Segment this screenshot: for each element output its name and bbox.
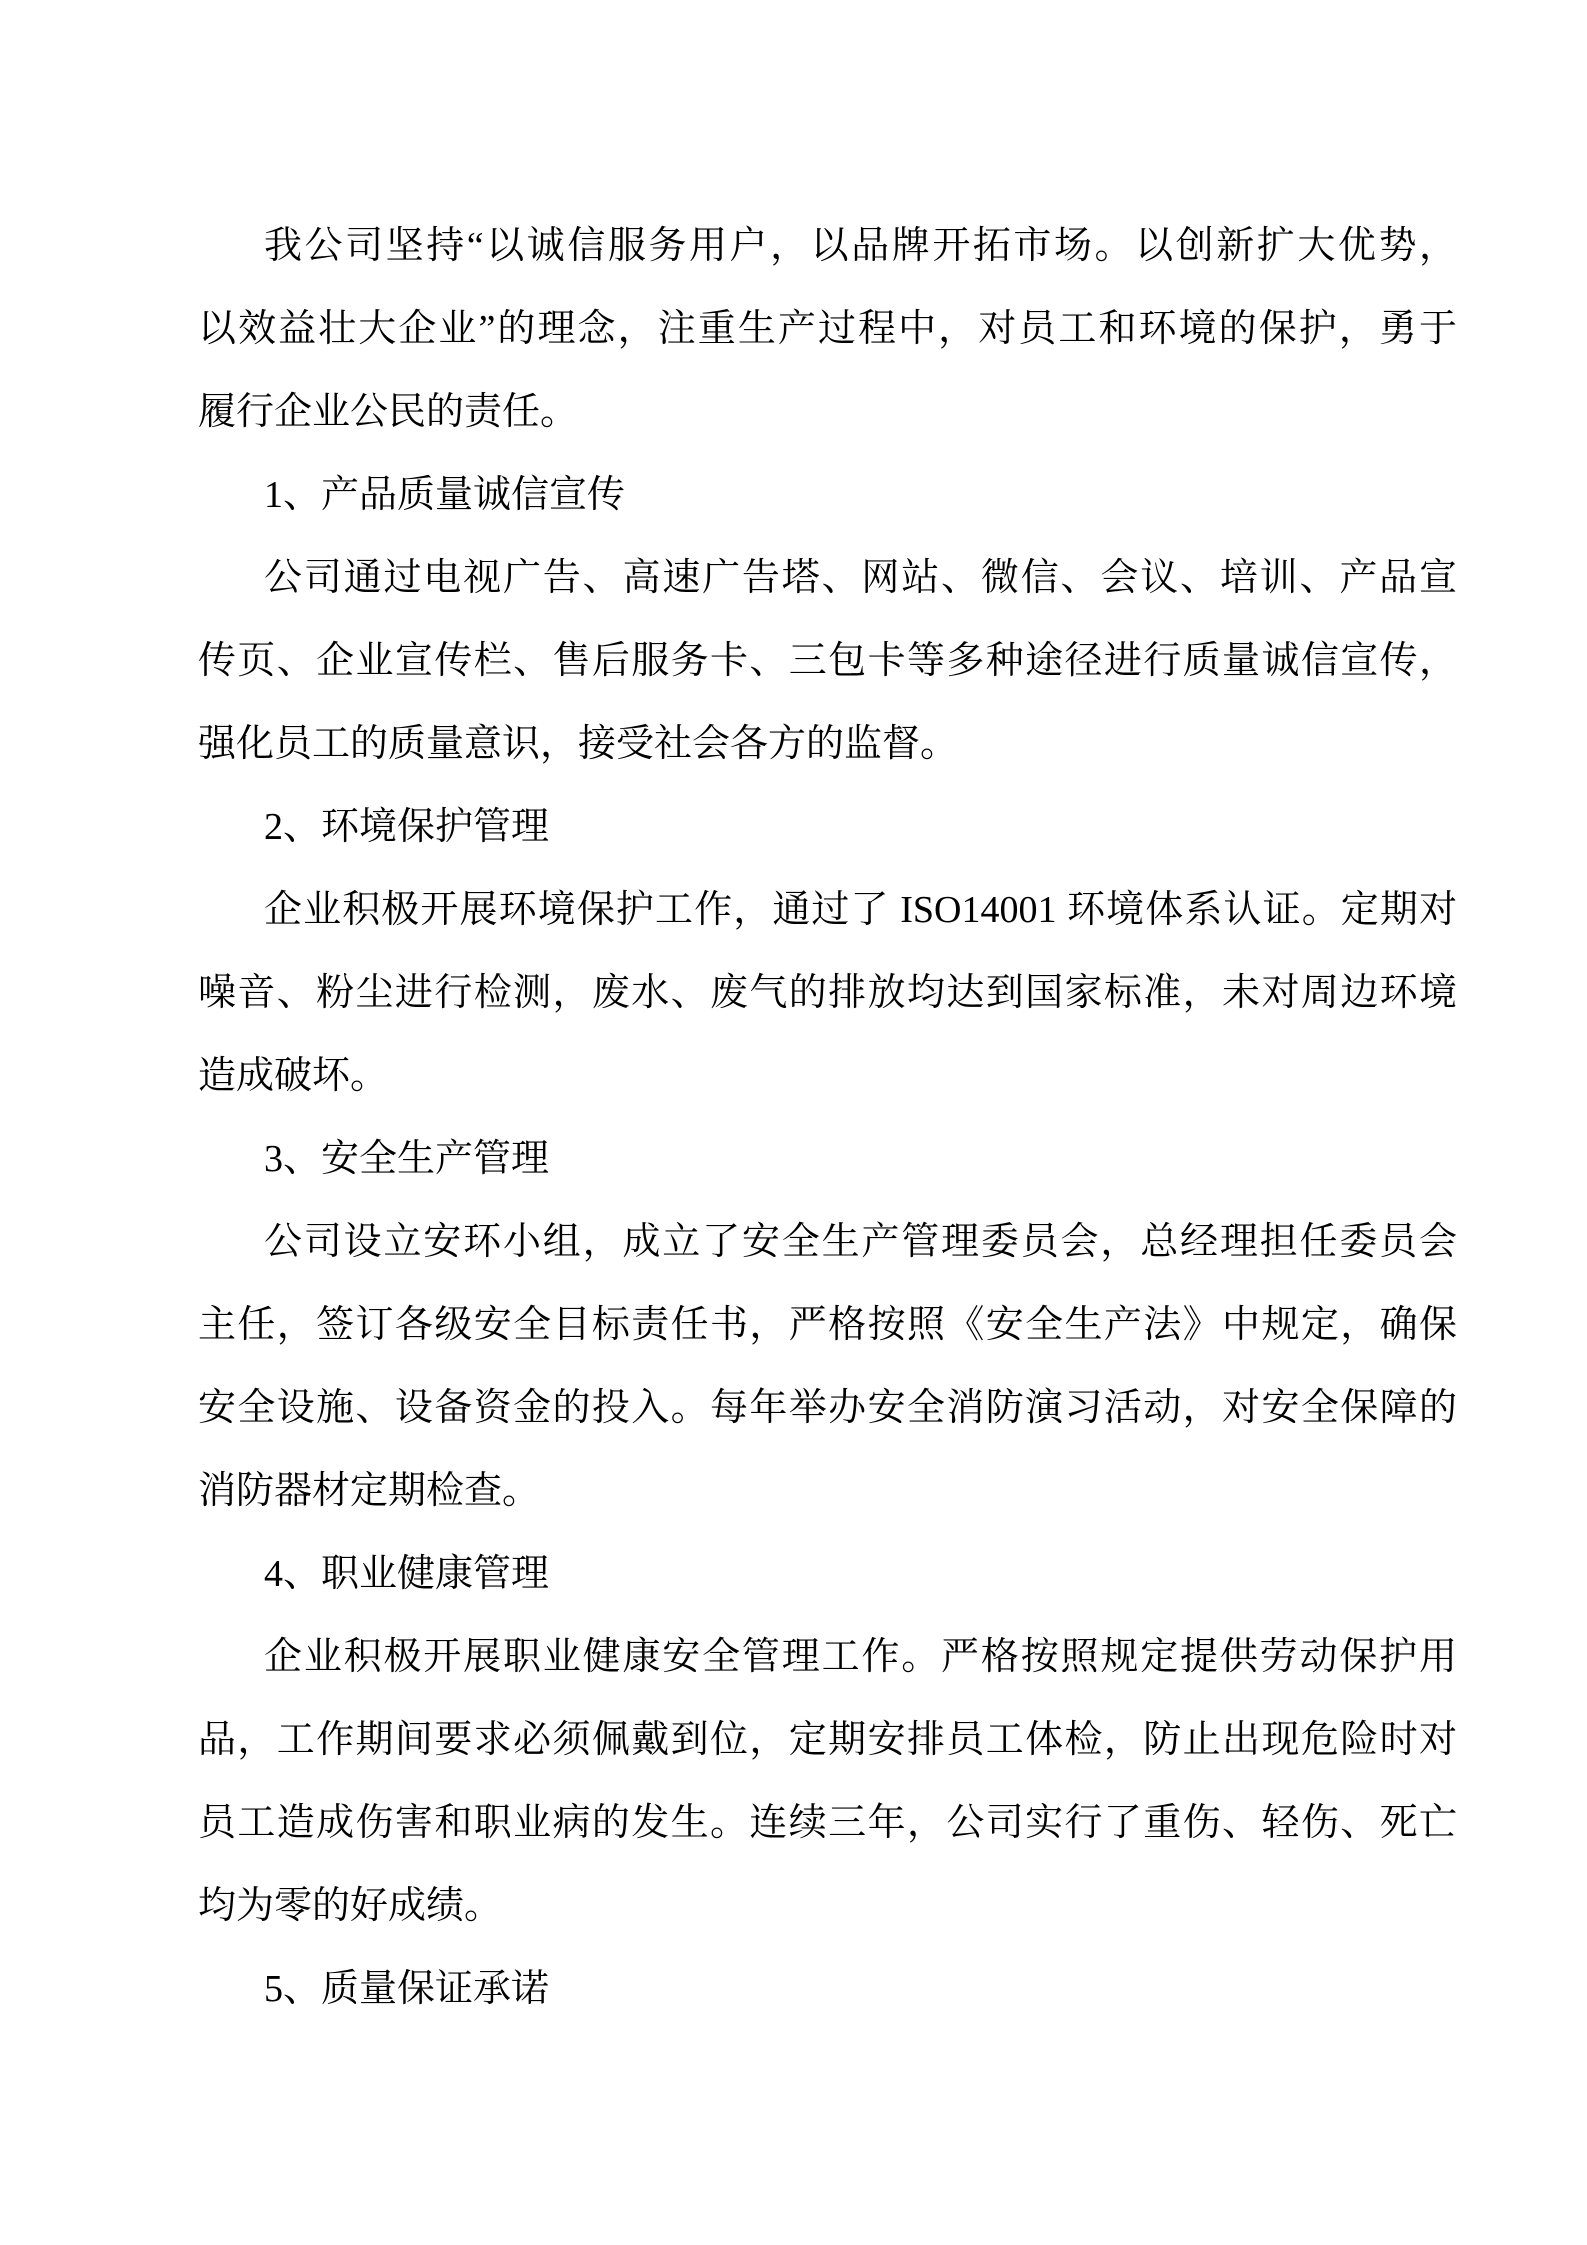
text-line: 以效益壮大企业”的理念，注重生产过程中，对员工和环境的保护，勇于 (198, 288, 1457, 371)
text-line: 消防器材定期检查。 (198, 1450, 1457, 1533)
document-page: 我公司坚持“以诚信服务用户，以品牌开拓市场。以创新扩大优势，以效益壮大企业”的理… (0, 0, 1587, 2245)
heading-line: 2、环境保护管理 (198, 786, 1457, 869)
text-line: 企业积极开展职业健康安全管理工作。严格按照规定提供劳动保护用 (198, 1616, 1457, 1699)
text-line: 主任，签订各级安全目标责任书，严格按照《安全生产法》中规定，确保 (198, 1284, 1457, 1367)
heading-line: 1、产品质量诚信宣传 (198, 454, 1457, 537)
text-line: 公司通过电视广告、高速广告塔、网站、微信、会议、培训、产品宣 (198, 537, 1457, 620)
text-line: 我公司坚持“以诚信服务用户，以品牌开拓市场。以创新扩大优势， (198, 205, 1457, 288)
text-line: 均为零的好成绩。 (198, 1865, 1457, 1948)
text-line: 造成破坏。 (198, 1035, 1457, 1118)
text-line: 安全设施、设备资金的投入。每年举办安全消防演习活动，对安全保障的 (198, 1367, 1457, 1450)
text-line: 传页、企业宣传栏、售后服务卡、三包卡等多种途径进行质量诚信宣传， (198, 620, 1457, 703)
text-line: 企业积极开展环境保护工作，通过了 ISO14001 环境体系认证。定期对 (198, 869, 1457, 952)
text-line: 品，工作期间要求必须佩戴到位，定期安排员工体检，防止出现危险时对 (198, 1699, 1457, 1782)
heading-line: 3、安全生产管理 (198, 1118, 1457, 1201)
heading-line: 4、职业健康管理 (198, 1533, 1457, 1616)
text-block: 我公司坚持“以诚信服务用户，以品牌开拓市场。以创新扩大优势，以效益壮大企业”的理… (198, 205, 1457, 2031)
text-line: 噪音、粉尘进行检测，废水、废气的排放均达到国家标准，未对周边环境 (198, 952, 1457, 1035)
text-line: 强化员工的质量意识，接受社会各方的监督。 (198, 703, 1457, 786)
text-line: 履行企业公民的责任。 (198, 371, 1457, 454)
text-line: 公司设立安环小组，成立了安全生产管理委员会，总经理担任委员会 (198, 1201, 1457, 1284)
heading-line: 5、质量保证承诺 (198, 1948, 1457, 2031)
text-line: 员工造成伤害和职业病的发生。连续三年，公司实行了重伤、轻伤、死亡 (198, 1782, 1457, 1865)
